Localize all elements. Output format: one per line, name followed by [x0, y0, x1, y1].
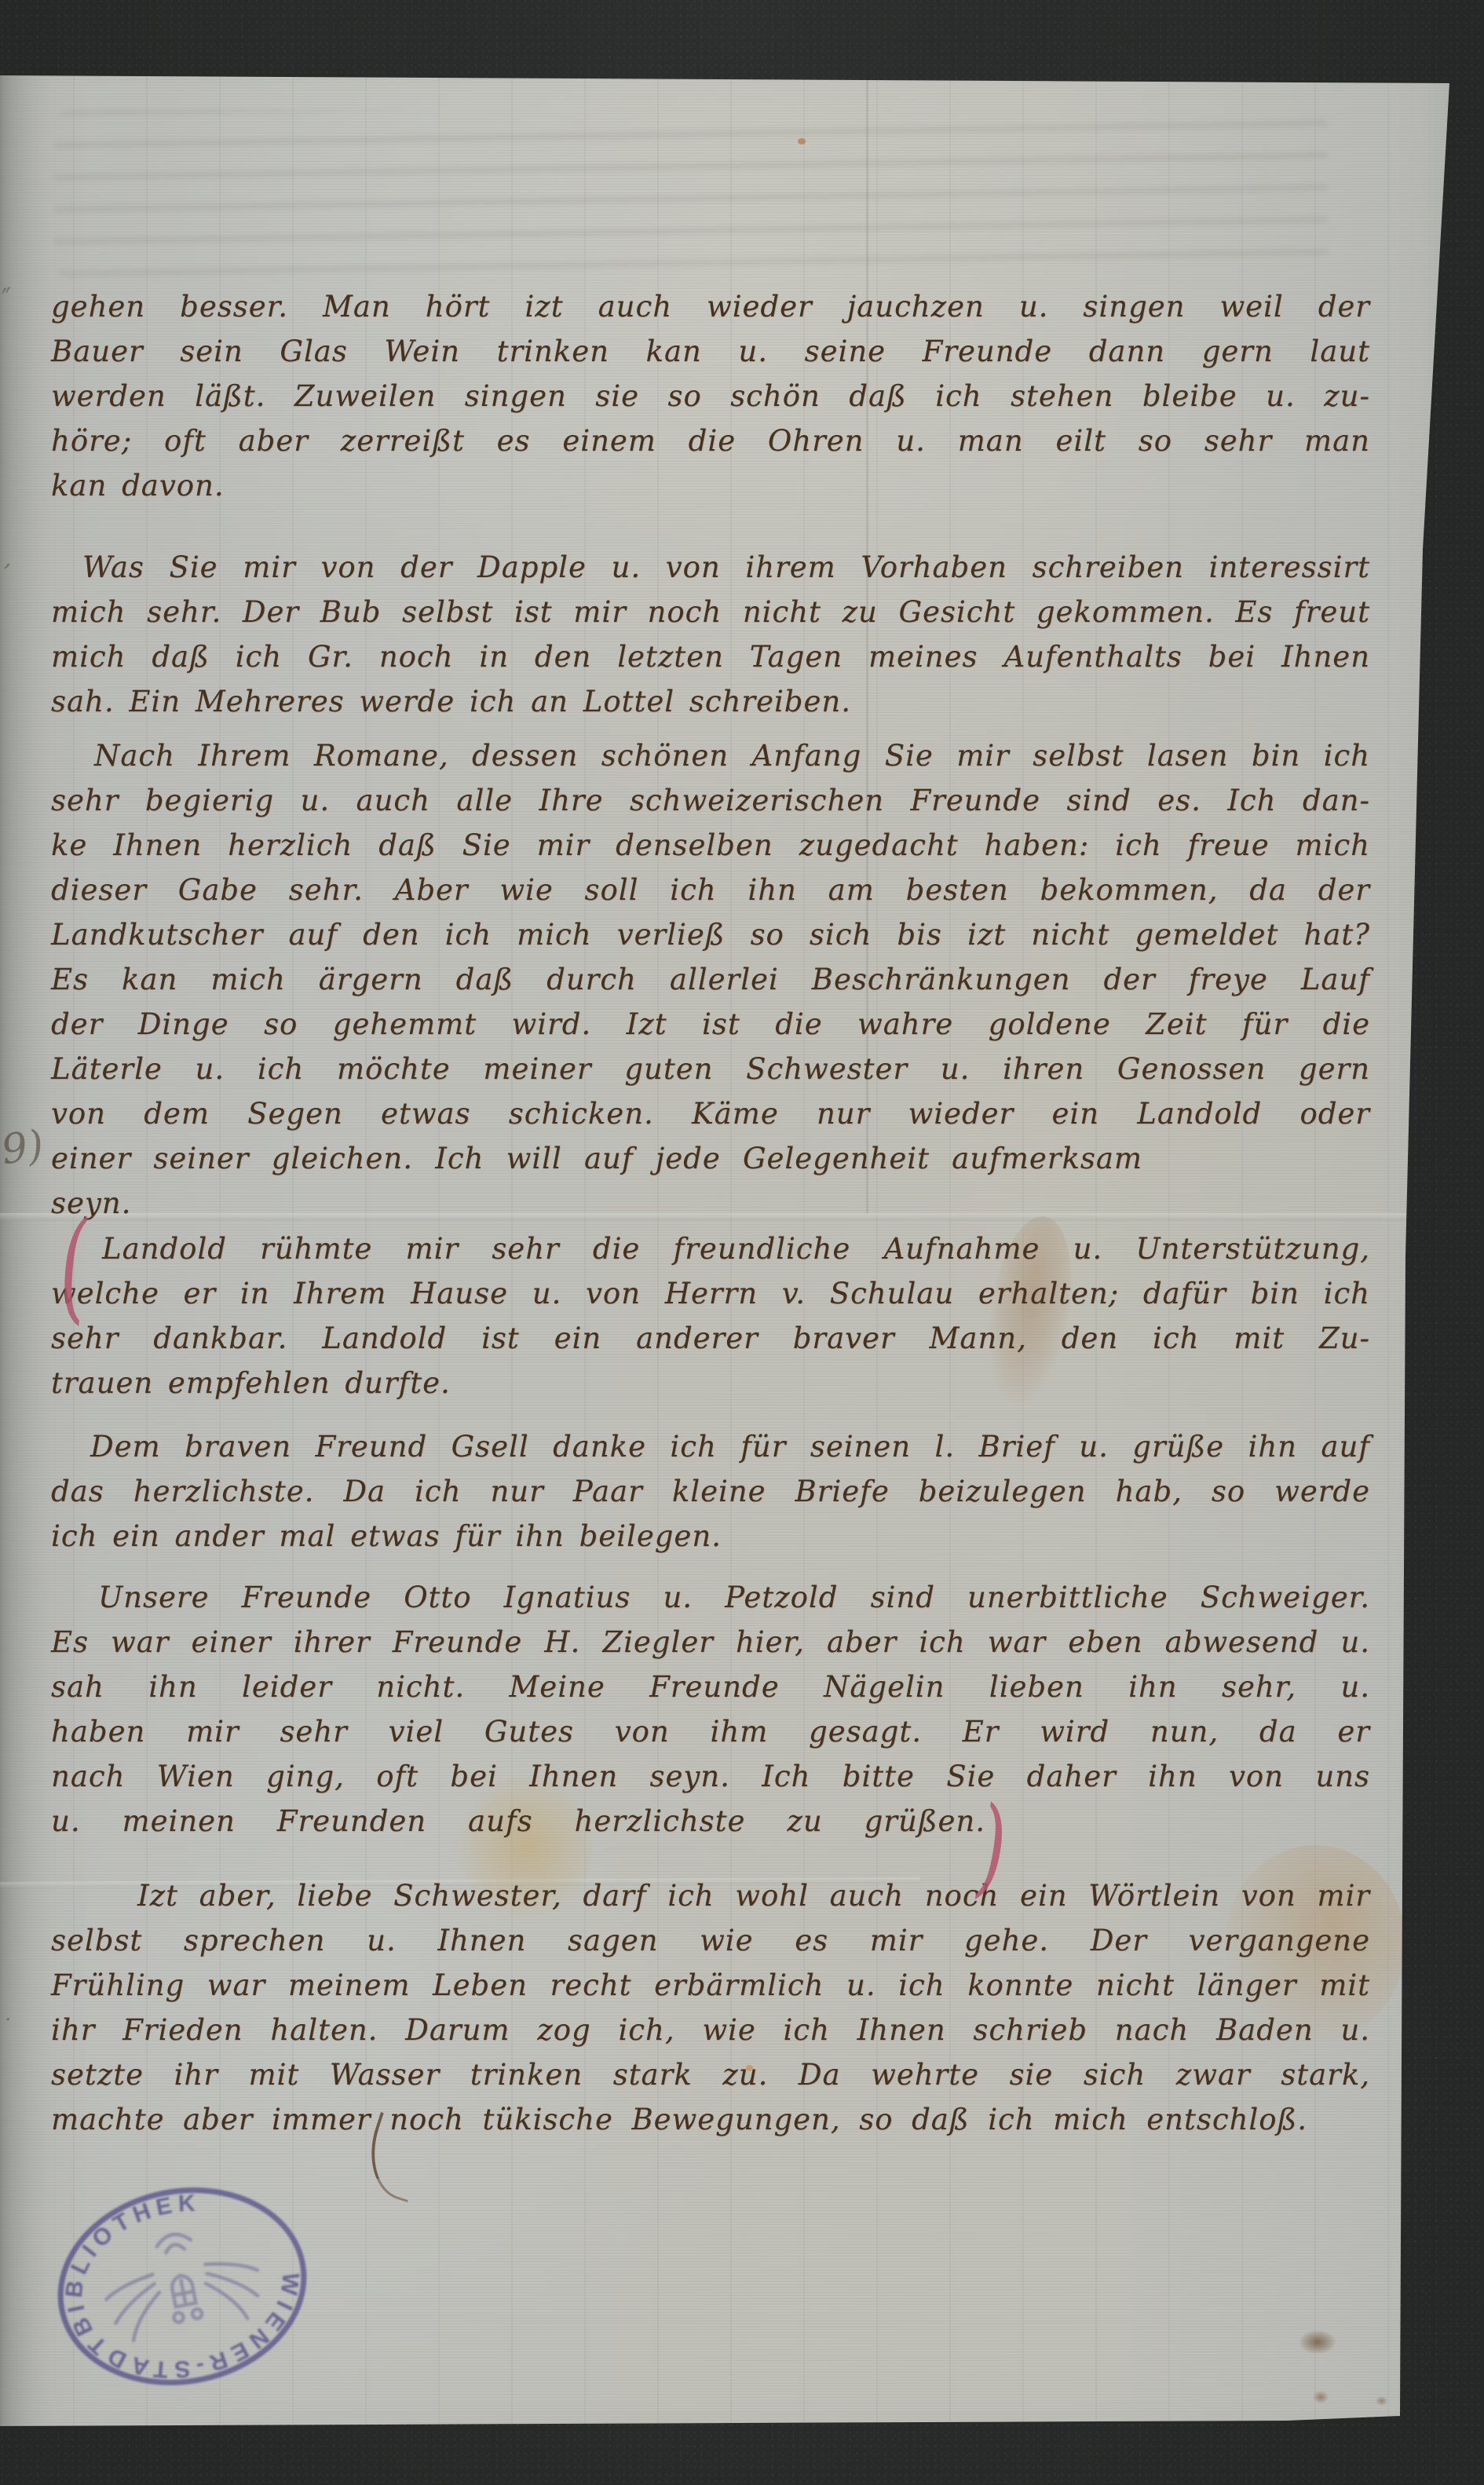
handwritten-line: sah ihn leider nicht. Meine Freunde Näge…: [51, 1665, 1370, 1709]
handwritten-line: höre; oft aber zerreißt es einem die Ohr…: [51, 418, 1370, 463]
handwritten-line: ihr Frieden halten. Darum zog ich, wie i…: [51, 2008, 1370, 2052]
handwritten-paragraph: gehen besser. Man hört izt auch wieder j…: [51, 284, 1370, 508]
handwritten-line: u. meinen Freunden aufs herzlichste zu g…: [51, 1799, 985, 1844]
handwritten-line: Nach Ihrem Romane, dessen schönen Anfang…: [51, 733, 1370, 778]
handwritten-line: der Dinge so gehemmt wird. Izt ist die w…: [51, 1002, 1370, 1047]
handwritten-line: Dem braven Freund Gsell danke ich für se…: [51, 1424, 1370, 1469]
handwritten-line: kan davon.: [51, 463, 225, 508]
handwritten-line: trauen empfehlen durfte.: [51, 1361, 451, 1405]
handwritten-line: Bauer sein Glas Wein trinken kan u. sein…: [51, 329, 1370, 374]
handwriting-block: gehen besser. Man hört izt auch wieder j…: [0, 0, 1484, 2485]
handwritten-line: Unsere Freunde Otto Ignatius u. Petzold …: [51, 1575, 1370, 1620]
handwritten-line: mich daß ich Gr. noch in den letzten Tag…: [51, 634, 1370, 679]
handwritten-line: Läterle u. ich möchte meiner guten Schwe…: [51, 1047, 1370, 1091]
handwritten-line: gehen besser. Man hört izt auch wieder j…: [51, 284, 1370, 329]
handwritten-line: setzte ihr mit Wasser trinken stark zu. …: [51, 2052, 1370, 2097]
handwritten-line: sehr dankbar. Landold ist ein anderer br…: [51, 1316, 1370, 1361]
handwritten-line: werden läßt. Zuweilen singen sie so schö…: [51, 374, 1370, 418]
handwritten-line: haben mir sehr viel Gutes von ihm gesagt…: [51, 1709, 1370, 1754]
letter-page: gehen besser. Man hört izt auch wieder j…: [0, 0, 1484, 2485]
handwritten-line: ich ein ander mal etwas für ihn beilegen…: [51, 1514, 722, 1559]
handwritten-line: von dem Segen etwas schicken. Käme nur w…: [51, 1091, 1370, 1136]
handwritten-paragraph: Was Sie mir von der Dapple u. von ihrem …: [51, 545, 1370, 724]
handwritten-line: das herzlichste. Da ich nur Paar kleine …: [51, 1469, 1370, 1514]
handwritten-line: selbst sprechen u. Ihnen sagen wie es mi…: [51, 1918, 1370, 1963]
handwritten-line: welche er in Ihrem Hause u. von Herrn v.…: [51, 1271, 1370, 1316]
handwritten-paragraph: Nach Ihrem Romane, dessen schönen Anfang…: [51, 733, 1370, 1181]
handwritten-line: Izt aber, liebe Schwester, darf ich wohl…: [51, 1873, 1370, 1918]
handwritten-line: Was Sie mir von der Dapple u. von ihrem …: [51, 545, 1370, 590]
handwritten-line: mich sehr. Der Bub selbst ist mir noch n…: [51, 590, 1370, 634]
handwritten-line: Es kan mich ärgern daß durch allerlei Be…: [51, 957, 1370, 1002]
handwritten-line: sah. Ein Mehreres werde ich an Lottel sc…: [51, 679, 851, 724]
handwritten-line: sehr begierig u. auch alle Ihre schweize…: [51, 778, 1370, 823]
handwritten-paragraph: Dem braven Freund Gsell danke ich für se…: [51, 1424, 1370, 1559]
handwritten-line: Landold rühmte mir sehr die freundliche …: [51, 1226, 1370, 1271]
handwritten-line: Landkutscher auf den ich mich verließ so…: [51, 912, 1370, 957]
handwritten-line: Frühling war meinem Leben recht erbärmli…: [51, 1963, 1370, 2008]
scanned-letter-screenshot: { "document": { "kind": "handwritten let…: [0, 0, 1484, 2485]
handwritten-line: ke Ihnen herzlich daß Sie mir denselben …: [51, 823, 1370, 868]
handwritten-line: nach Wien ging, oft bei Ihnen seyn. Ich …: [51, 1754, 1370, 1799]
handwritten-line: einer seiner gleichen. Ich will auf jede…: [51, 1136, 1142, 1181]
handwritten-paragraph: Izt aber, liebe Schwester, darf ich wohl…: [51, 1873, 1370, 2142]
handwritten-paragraph: Unsere Freunde Otto Ignatius u. Petzold …: [51, 1575, 1370, 1844]
handwritten-line: machte aber immer noch tükische Bewegung…: [51, 2097, 1307, 2142]
handwritten-paragraph: Landold rühmte mir sehr die freundliche …: [51, 1226, 1370, 1405]
handwritten-line: Es war einer ihrer Freunde H. Ziegler hi…: [51, 1620, 1370, 1665]
handwritten-line: dieser Gabe sehr. Aber wie soll ich ihn …: [51, 868, 1370, 912]
